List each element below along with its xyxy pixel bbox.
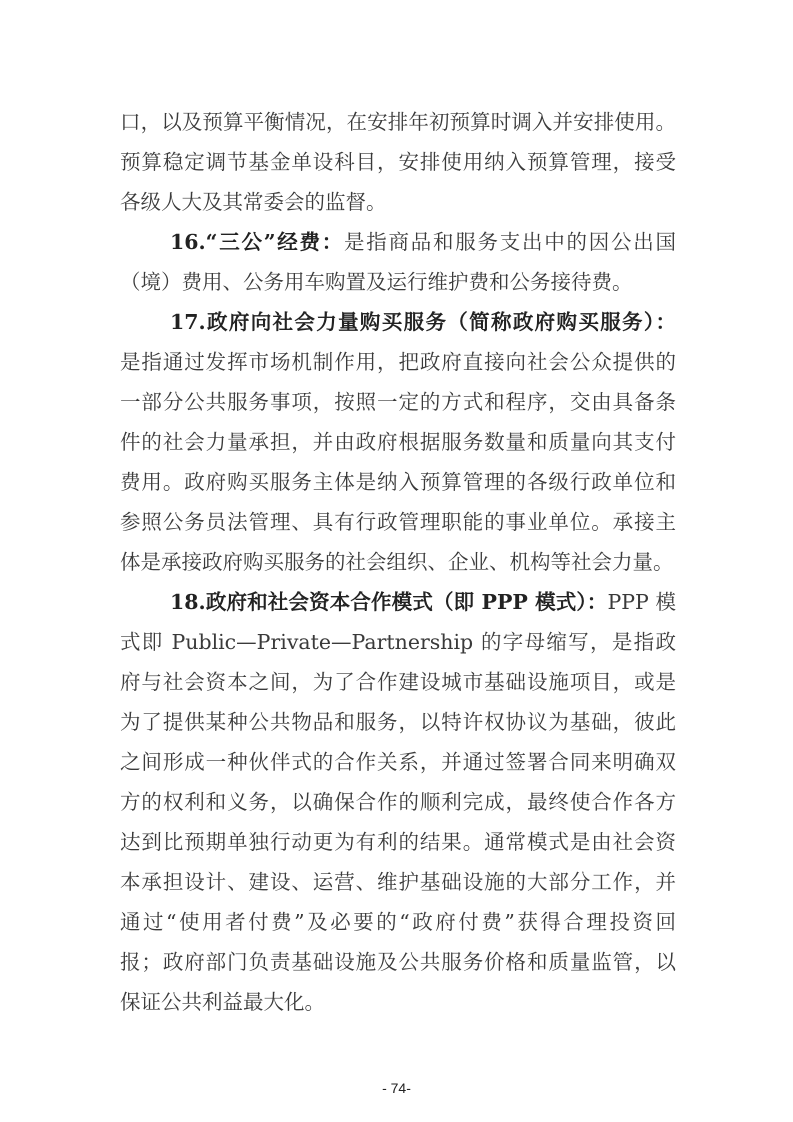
text-line: 府与社会资本之间，为了合作建设城市基础设施项目，或是 [120, 662, 676, 702]
paragraph-16-first-line: 16.“三公”经费：是指商品和服务支出中的因公出国 [120, 222, 676, 262]
text-line: 口，以及预算平衡情况，在安排年初预算时调入并安排使用。 [120, 102, 676, 142]
definition-text: PPP 模 [607, 590, 676, 614]
text-line: 件的社会力量承担，并由政府根据服务数量和质量向其支付 [120, 422, 676, 462]
paragraph-18-first-line: 18.政府和社会资本合作模式（即 PPP 模式）：PPP 模 [120, 582, 676, 622]
text-line: 本承担设计、建设、运营、维护基础设施的大部分工作，并 [120, 862, 676, 902]
text-line: （境）费用、公务用车购置及运行维护费和公务接待费。 [120, 262, 676, 302]
text-line: 通过“使用者付费”及必要的“政府付费”获得合理投资回 [120, 902, 676, 942]
text-line: 之间形成一种伙伴式的合作关系，并通过签署合同来明确双 [120, 742, 676, 782]
term-heading: 16.“三公”经费： [170, 230, 344, 254]
text-line: 费用。政府购买服务主体是纳入预算管理的各级行政单位和 [120, 462, 676, 502]
document-page: 口，以及预算平衡情况，在安排年初预算时调入并安排使用。 预算稳定调节基金单设科目… [0, 0, 793, 1122]
definition-text: 是指商品和服务支出中的因公出国 [344, 230, 676, 254]
text-line: 一部分公共服务事项，按照一定的方式和程序，交由具备条 [120, 382, 676, 422]
text-line: 报；政府部门负责基础设施及公共服务价格和质量监管，以 [120, 942, 676, 982]
text-line: 方的权利和义务，以确保合作的顺利完成，最终使合作各方 [120, 782, 676, 822]
page-number: - 74- [0, 1080, 793, 1096]
text-line: 参照公务员法管理、具有行政管理职能的事业单位。承接主 [120, 502, 676, 542]
text-line: 保证公共利益最大化。 [120, 982, 676, 1022]
text-line: 达到比预期单独行动更为有利的结果。通常模式是由社会资 [120, 822, 676, 862]
text-line: 是指通过发挥市场机制作用，把政府直接向社会公众提供的 [120, 342, 676, 382]
term-heading: 18.政府和社会资本合作模式（即 PPP 模式）： [170, 590, 607, 614]
text-line: 为了提供某种公共物品和服务，以特许权协议为基础，彼此 [120, 702, 676, 742]
term-heading: 17.政府向社会力量购买服务（简称政府购买服务）： [170, 310, 676, 334]
text-line: 体是承接政府购买服务的社会组织、企业、机构等社会力量。 [120, 542, 676, 582]
paragraph-17-heading: 17.政府向社会力量购买服务（简称政府购买服务）： [120, 302, 676, 342]
text-line: 各级人大及其常委会的监督。 [120, 182, 676, 222]
body-text: 口，以及预算平衡情况，在安排年初预算时调入并安排使用。 预算稳定调节基金单设科目… [120, 102, 676, 1022]
text-line: 预算稳定调节基金单设科目，安排使用纳入预算管理，接受 [120, 142, 676, 182]
text-line: 式即 Public—Private—Partnership 的字母缩写，是指政 [120, 622, 676, 662]
